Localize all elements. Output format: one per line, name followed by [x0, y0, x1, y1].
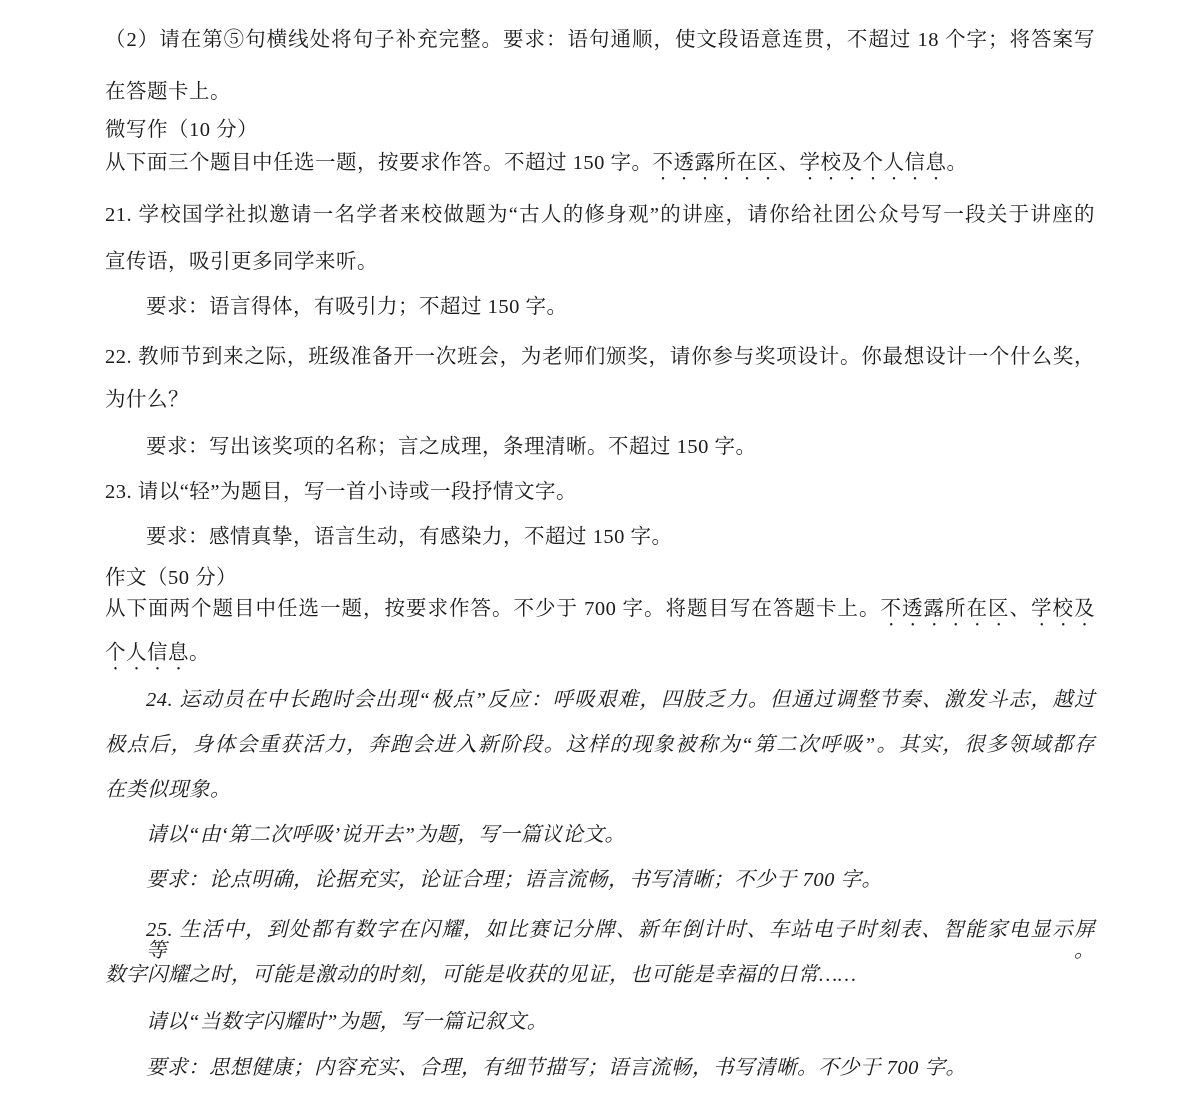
essay-intro-text: 从下面两个题目中任选一题，按要求作答。不少于 700 字。将题目写在答题卡上。	[105, 598, 881, 620]
period: 。	[947, 152, 968, 174]
q21-requirement: 要求：语言得体，有吸引力；不超过 150 字。	[105, 297, 1095, 318]
q23-requirement: 要求：感情真挚，语言生动，有感染力，不超过 150 字。	[105, 527, 1095, 548]
q22-prompt-line1: 22. 教师节到来之际，班级准备开一次班会，为老师们颁奖，请你参与奖项设计。你最…	[105, 347, 1095, 368]
q2-prompt-line2: 在答题卡上。	[105, 82, 1095, 103]
q24-material-line1: 24. 运动员在中长跑时会出现“极点”反应：呼吸艰难，四肢乏力。但通过调整节奏、…	[105, 690, 1095, 711]
micro-writing-header: 微写作（10 分）	[105, 120, 1095, 141]
q24-material-line3: 在类似现象。	[105, 780, 1095, 801]
q24-title-instruction: 请以“由‘第二次呼吸’说开去”为题，写一篇议论文。	[105, 825, 1095, 846]
essay-intro-line1: 从下面两个题目中任选一题，按要求作答。不少于 700 字。将题目写在答题卡上。不…	[105, 598, 1095, 619]
q25-material-line1: 25. 生活中，到处都有数字在闪耀，如比赛记分牌、新年倒计时、车站电子时刻表、智…	[105, 920, 1095, 941]
privacy-emphasis-district: 不透露所在区	[881, 598, 1010, 620]
enumeration-comma: 、	[1010, 598, 1032, 620]
exam-document-page: （2）请在第⑤句横线处将句子补充完整。要求：语句通顺，使文段语意连贯，不超过 1…	[0, 0, 1189, 1112]
period: 。	[189, 642, 210, 664]
privacy-emphasis-school: 学校及	[1031, 598, 1095, 620]
q24-material-line2: 极点后，身体会重获活力，奔跑会进入新阶段。这样的现象被称为“第二次呼吸”。其实，…	[105, 735, 1095, 756]
q24-requirement: 要求：论点明确，论据充实，论证合理；语言流畅，书写清晰；不少于 700 字。	[105, 870, 1095, 891]
q22-prompt-line2: 为什么？	[105, 390, 1095, 411]
q23-prompt: 23. 请以“轻”为题目，写一首小诗或一段抒情文字。	[105, 482, 1095, 503]
micro-writing-intro: 从下面三个题目中任选一题，按要求作答。不超过 150 字。不透露所在区、学校及个…	[105, 152, 1095, 173]
privacy-emphasis-school-personal: 学校及个人信息	[800, 152, 947, 174]
q25-requirement: 要求：思想健康；内容充实、合理，有细节描写；语言流畅，书写清晰。不少于 700 …	[105, 1058, 1095, 1079]
q21-prompt-line1: 21. 学校国学社拟邀请一名学者来校做题为“古人的修身观”的讲座，请你给社团公众…	[105, 205, 1095, 226]
q2-prompt-line1: （2）请在第⑤句横线处将句子补充完整。要求：语句通顺，使文段语意连贯，不超过 1…	[105, 30, 1095, 51]
privacy-emphasis-district: 不透露所在区	[653, 152, 779, 174]
essay-header: 作文（50 分）	[105, 568, 1095, 589]
privacy-emphasis-personal-info: 个人信息	[105, 642, 189, 664]
micro-intro-text: 从下面三个题目中任选一题，按要求作答。不超过 150 字。	[105, 152, 653, 174]
essay-intro-line2: 个人信息。	[105, 642, 1095, 663]
q22-requirement: 要求：写出该奖项的名称；言之成理，条理清晰。不超过 150 字。	[105, 437, 1095, 458]
q25-title-instruction: 请以“当数字闪耀时”为题，写一篇记叙文。	[105, 1012, 1095, 1033]
q21-prompt-line2: 宣传语，吸引更多同学来听。	[105, 252, 1095, 273]
enumeration-comma: 、	[779, 152, 800, 174]
q25-material-line2: 数字闪耀之时，可能是激动的时刻，可能是收获的见证，也可能是幸福的日常……	[105, 965, 1095, 986]
